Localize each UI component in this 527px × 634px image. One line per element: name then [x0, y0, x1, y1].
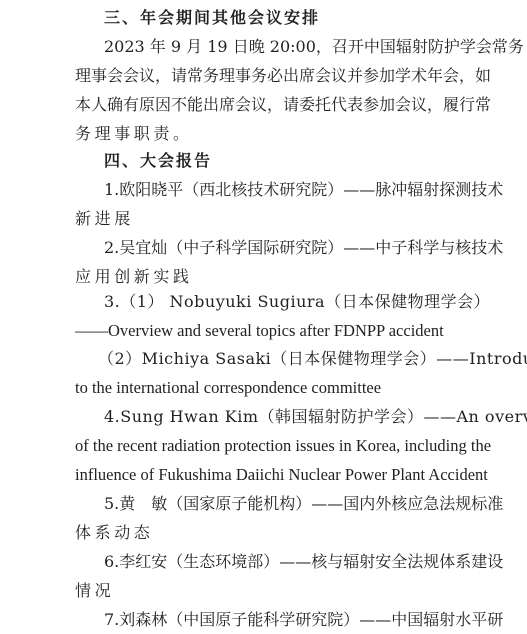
report-item-5: 5.黄 敏（国家原子能机构）——国内外核应急法规标准: [104, 489, 453, 518]
report-item-3-1: 3.（1） Nobuyuki Sugiura（日本保健物理学会）: [104, 287, 453, 316]
report-item-6-cont: 情况: [75, 576, 453, 605]
report-item-3-1-cont: ——Overview and several topics after FDNP…: [75, 316, 453, 345]
report-item-2: 2.吴宜灿（中子科学国际研究院）——中子科学与核技术: [104, 233, 453, 262]
paragraph-line: 务理事职责。: [75, 119, 453, 148]
paragraph-line: 本人确有原因不能出席会议，请委托代表参加会议，履行常: [75, 90, 453, 119]
report-item-4: 4.Sung Hwan Kim（韩国辐射防护学会）——An overview: [104, 402, 453, 431]
section-heading-plenary-reports: 四、大会报告: [104, 146, 453, 175]
report-item-6: 6.李红安（生态环境部）——核与辐射安全法规体系建设: [104, 547, 453, 576]
report-item-1: 1.欧阳晓平（西北核技术研究院）——脉冲辐射探测技术: [104, 175, 453, 204]
document-page: 三、年会期间其他会议安排 2023 年 9 月 19 日晚 20:00，召开中国…: [0, 0, 527, 634]
report-item-5-cont: 体系动态: [75, 518, 453, 547]
report-item-4-cont: influence of Fukushima Daiichi Nuclear P…: [75, 460, 453, 489]
report-item-3-2-cont: to the international correspondence comm…: [75, 373, 453, 402]
report-item-4-cont: of the recent radiation protection issue…: [75, 431, 453, 460]
paragraph-line: 理事会会议，请常务理事务必出席会议并参加学术年会，如: [75, 61, 453, 90]
report-item-1-cont: 新进展: [75, 204, 453, 233]
report-item-7: 7.刘森林（中国原子能科学研究院）——中国辐射水平研: [104, 605, 453, 634]
paragraph-line: 2023 年 9 月 19 日晚 20:00，召开中国辐射防护学会常务: [104, 32, 453, 61]
report-item-3-2: （2）Michiya Sasaki（日本保健物理学会）——Introductio…: [98, 344, 453, 373]
section-heading-other-meetings: 三、年会期间其他会议安排: [104, 3, 453, 32]
